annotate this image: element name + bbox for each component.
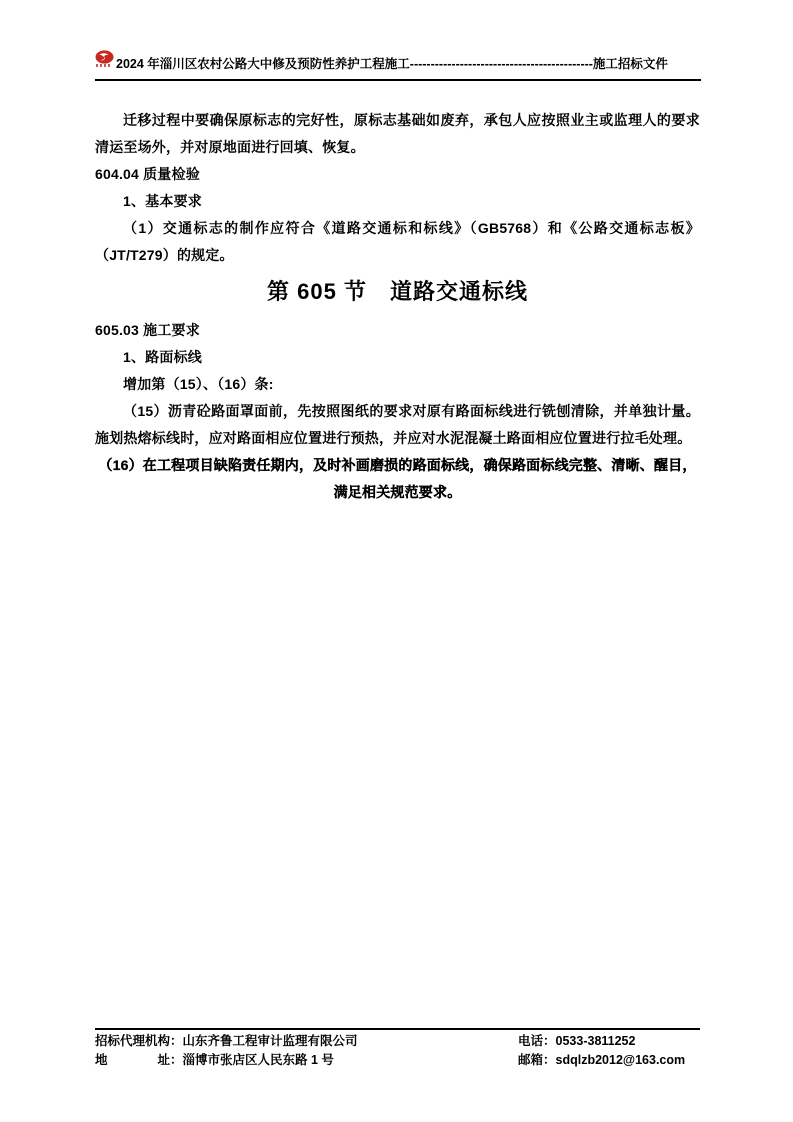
header-title: 2024 年淄川区农村公路大中修及预防性养护工程施工--------------… <box>116 57 668 71</box>
email-label: 邮箱： <box>518 1053 556 1067</box>
document-body: 迁移过程中要确保原标志的完好性，原标志基础如废弃，承包人应按照业主或监理人的要求… <box>95 107 700 506</box>
section-605-title: 第 605 节 道路交通标线 <box>95 276 700 308</box>
page-footer: 招标代理机构：山东齐鲁工程审计监理有限公司 电话：0533-3811252 地 … <box>95 1028 700 1069</box>
page-header: 2024 年淄川区农村公路大中修及预防性养护工程施工--------------… <box>95 50 701 81</box>
paragraph-item-16: （16）在工程项目缺陷责任期内，及时补画磨损的路面标线，确保路面标线完整、清晰、… <box>95 452 700 506</box>
address-label: 地 址： <box>95 1053 183 1067</box>
footer-row-2: 地 址：淄博市张店区人民东路 1 号 邮箱：sdqlzb2012@163.com <box>95 1051 700 1070</box>
phone-line: 电话：0533-3811252 <box>518 1032 700 1051</box>
list-item-basic-requirements: 1、基本要求 <box>95 188 700 215</box>
company-seal-icon <box>95 50 115 72</box>
email-line: 邮箱：sdqlzb2012@163.com <box>518 1051 700 1070</box>
email-value: sdqlzb2012@163.com <box>556 1053 686 1067</box>
agency-value: 山东齐鲁工程审计监理有限公司 <box>183 1034 358 1048</box>
phone-label: 电话： <box>518 1034 556 1048</box>
document-page: 2024 年淄川区农村公路大中修及预防性养护工程施工--------------… <box>0 0 793 1122</box>
heading-605-03: 605.03 施工要求 <box>95 317 700 344</box>
list-item-road-marking: 1、路面标线 <box>95 344 700 371</box>
paragraph-sign-spec: （1）交通标志的制作应符合《道路交通标和标线》（GB5768）和《公路交通标志板… <box>95 215 700 269</box>
paragraph-item-15: （15）沥青砼路面罩面前，先按照图纸的要求对原有路面标线进行铣刨清除，并单独计量… <box>95 398 700 452</box>
list-item-added-clauses: 增加第（15）、（16）条: <box>95 371 700 398</box>
phone-value: 0533-3811252 <box>556 1034 636 1048</box>
address-line: 地 址：淄博市张店区人民东路 1 号 <box>95 1051 334 1070</box>
agency-line: 招标代理机构：山东齐鲁工程审计监理有限公司 <box>95 1032 358 1051</box>
footer-row-1: 招标代理机构：山东齐鲁工程审计监理有限公司 电话：0533-3811252 <box>95 1032 700 1051</box>
heading-604-04: 604.04 质量检验 <box>95 161 700 188</box>
agency-label: 招标代理机构： <box>95 1034 183 1048</box>
address-value: 淄博市张店区人民东路 1 号 <box>183 1053 334 1067</box>
seal-caption <box>96 64 112 67</box>
paragraph-relocation: 迁移过程中要确保原标志的完好性，原标志基础如废弃，承包人应按照业主或监理人的要求… <box>95 107 700 161</box>
